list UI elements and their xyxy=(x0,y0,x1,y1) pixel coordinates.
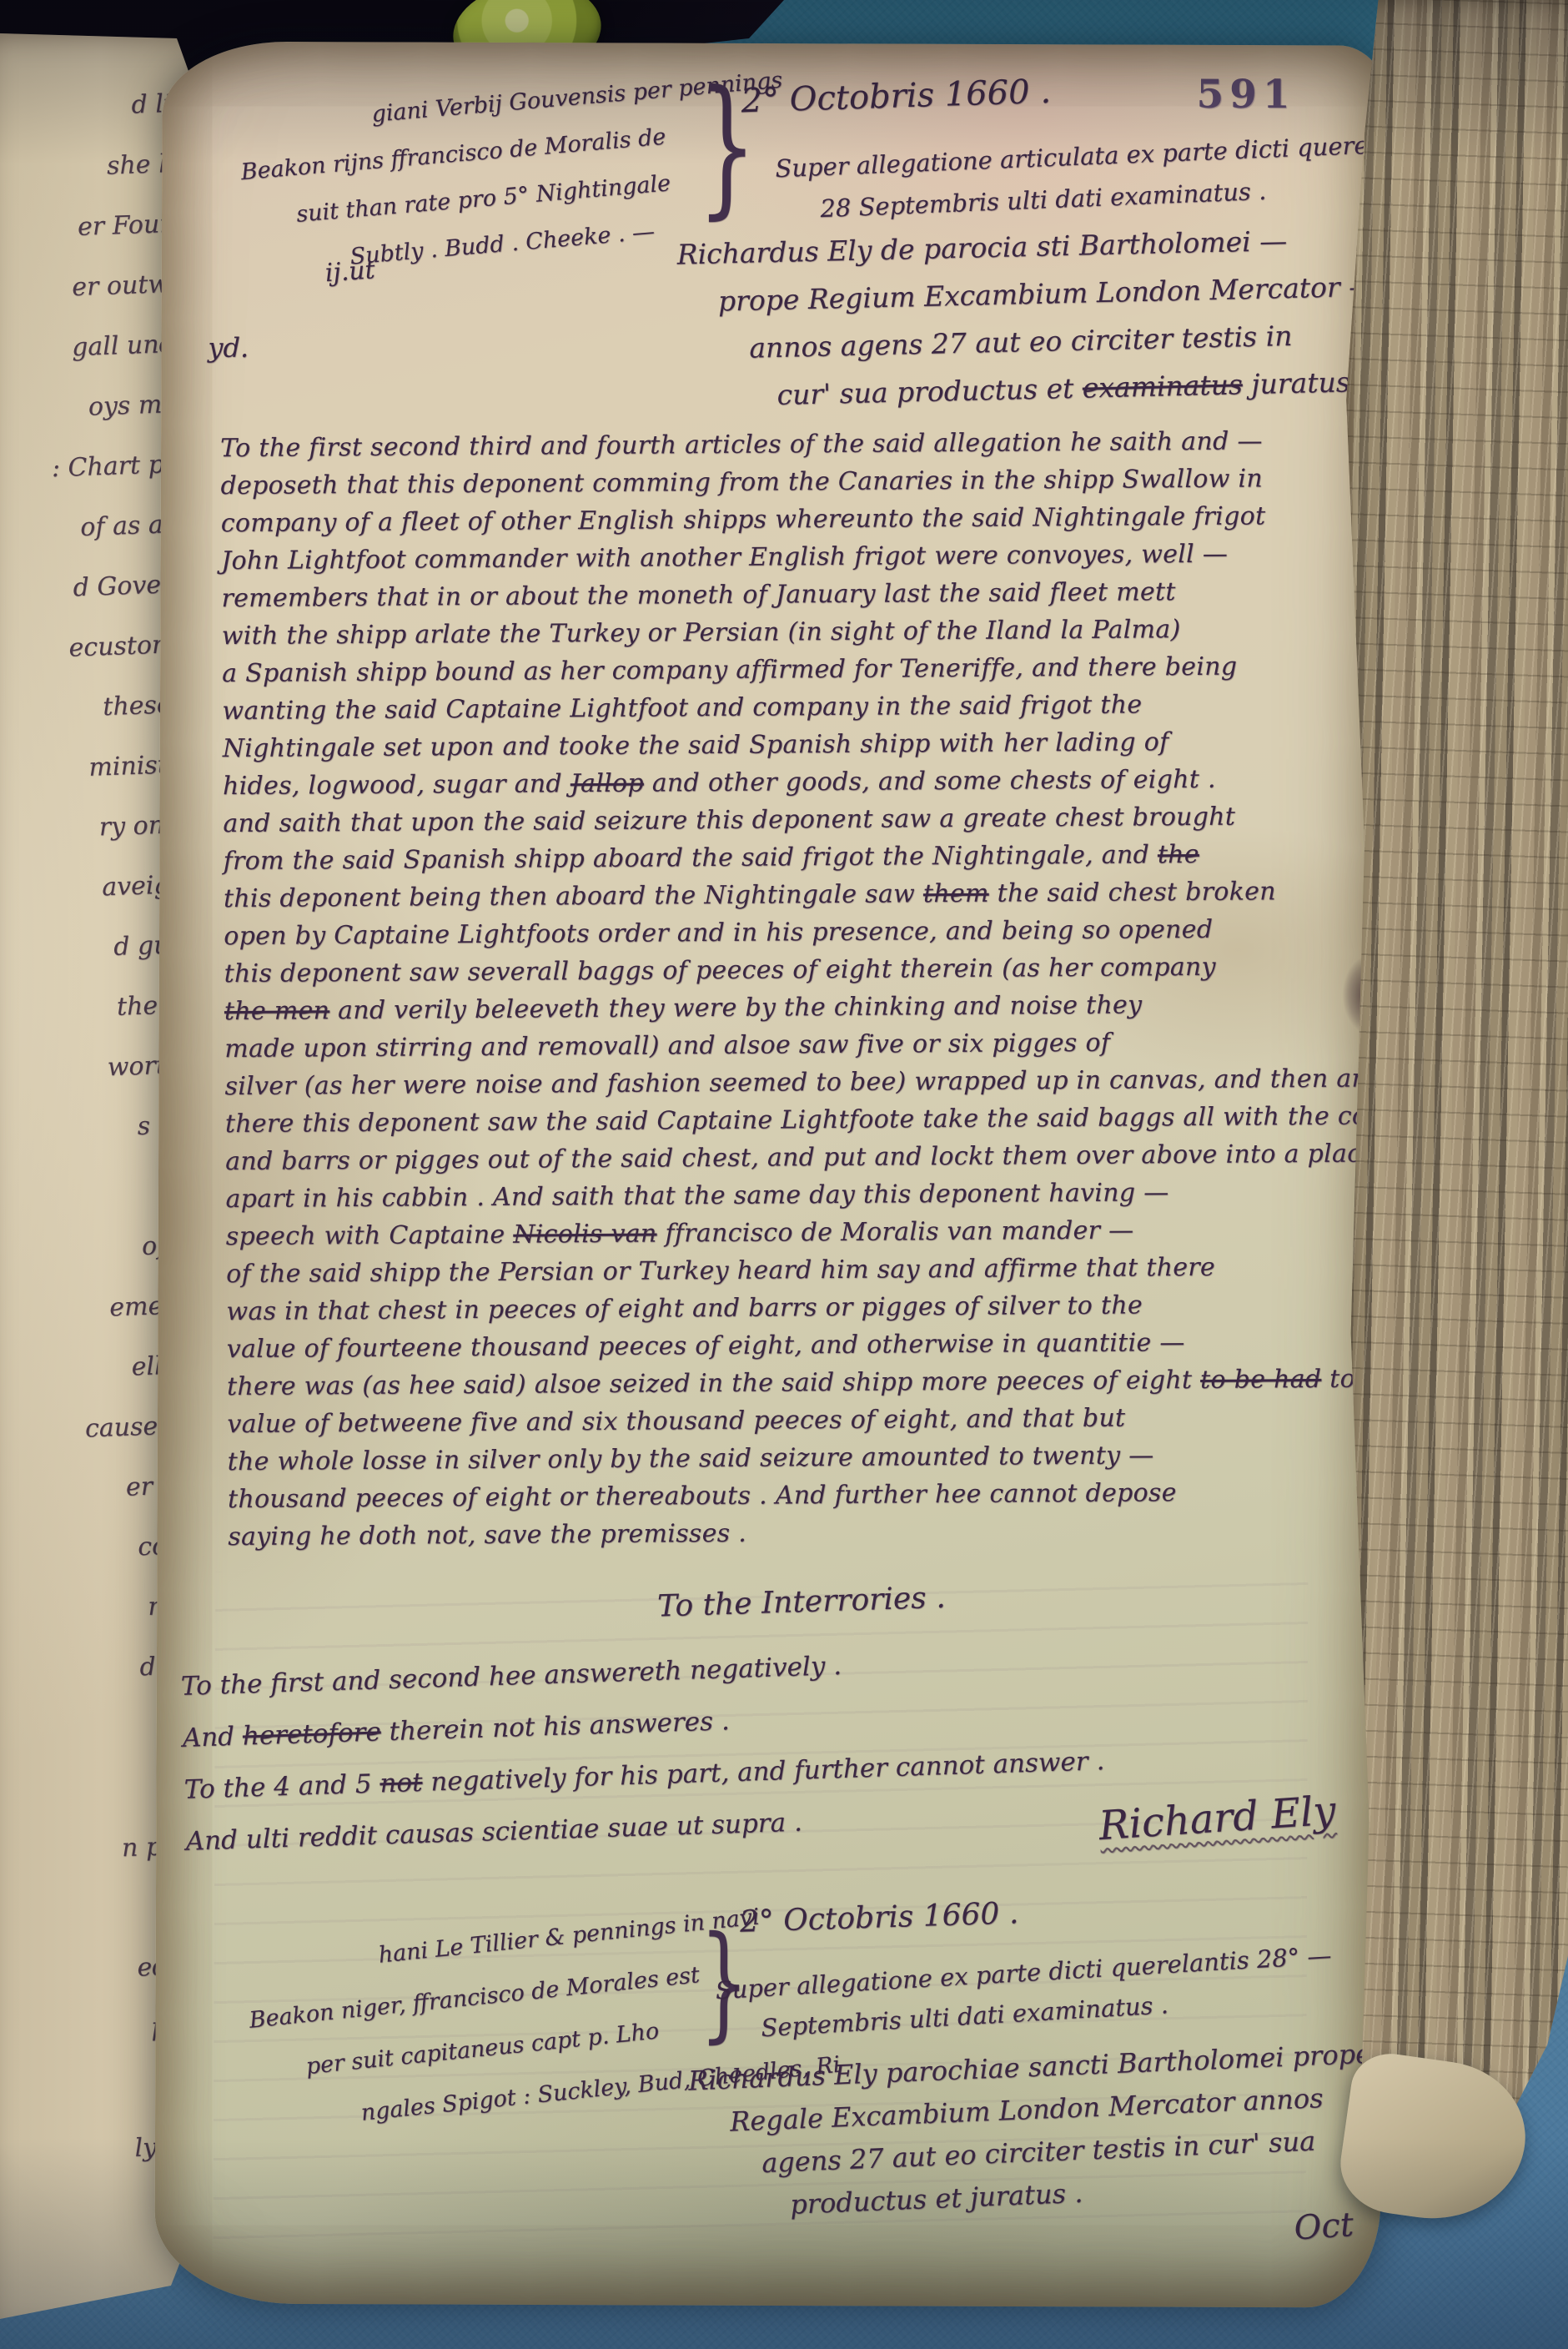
super-allegatione-note: Super allegatione articulata ex parte di… xyxy=(774,122,1438,232)
interrogatory-answers: To the first and second hee answereth ne… xyxy=(180,1632,1107,1868)
marginal-mark: ij.ut xyxy=(324,255,376,288)
manuscript-page: giani Verbij Gouvensis per penningsBeako… xyxy=(154,41,1388,2307)
book-fore-edge-pages xyxy=(1339,0,1568,2222)
text-fragment: d lig xyxy=(0,73,188,141)
folio-number: 591 xyxy=(1196,72,1295,118)
repeat-intitulation: Richardus Ely parochiae sancti Bartholom… xyxy=(687,2033,1377,2231)
marginal-mark: yd. xyxy=(208,332,249,364)
deposition-body: To the first second third and fourth art… xyxy=(220,421,1405,1556)
deposition-line: saying he doth not, save the premisses . xyxy=(228,1510,1405,1556)
deponent-intitulation: Richardus Ely de parocia sti Bartholomei… xyxy=(676,215,1379,421)
heading-date: 2° Octobris 1660 . xyxy=(741,73,1052,121)
manuscript-photograph: d ligshe haer Founder outwardgall undiso… xyxy=(0,0,1568,2349)
catchword: Oct xyxy=(1293,2206,1354,2248)
